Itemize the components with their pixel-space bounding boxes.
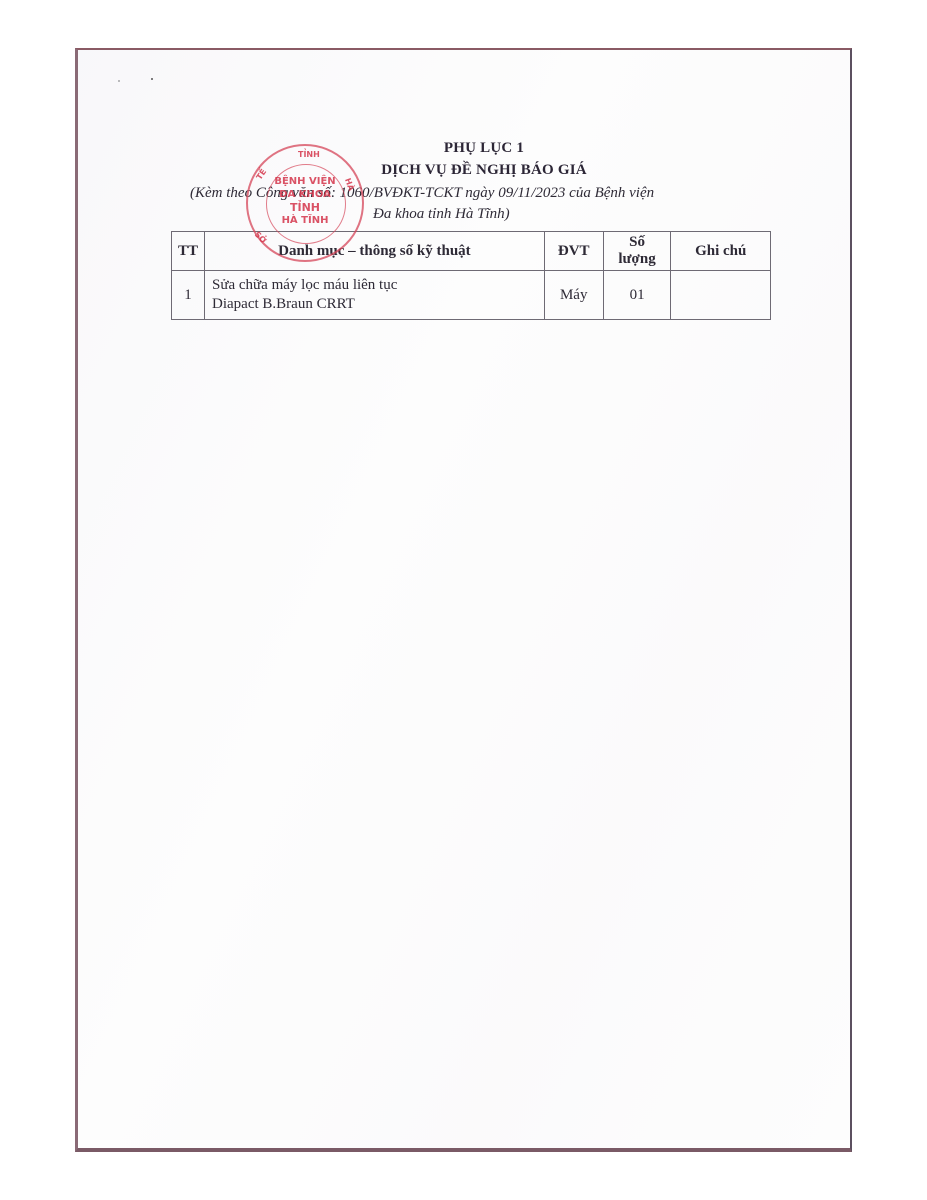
scanned-page: PHỤ LỤC 1 DỊCH VỤ ĐỀ NGHỊ BÁO GIÁ (Kèm t… (75, 48, 852, 1152)
scan-speck (151, 78, 153, 80)
seal-center-line: ĐA KHOA (248, 189, 362, 201)
seal-center-line: HÀ TĨNH (248, 215, 362, 227)
document-subtitle-line2: Đa khoa tỉnh Hà Tĩnh) (373, 206, 510, 223)
header-quantity-line1: Số (610, 234, 665, 251)
seal-center-line: TỈNH (248, 202, 362, 214)
table-row: 1 Sửa chữa máy lọc máu liên tục Diapact … (172, 271, 771, 320)
header-tt: TT (172, 232, 205, 271)
seal-center-line: BỆNH VIỆN (248, 176, 362, 188)
header-quantity: Số lượng (603, 232, 671, 271)
official-seal-stamp: TỈNH TẾ HÀ SỞ BỆNH VIỆN ĐA KHOA TỈNH HÀ … (246, 144, 364, 262)
document-title: DỊCH VỤ ĐỀ NGHỊ BÁO GIÁ (98, 162, 870, 179)
header-unit: ĐVT (544, 232, 603, 271)
cell-item-spec-line1: Sửa chữa máy lọc máu liên tục (212, 276, 538, 295)
cell-note (671, 271, 771, 320)
cell-item-spec-line2: Diapact B.Braun CRRT (212, 295, 538, 314)
scan-speck (118, 80, 120, 82)
cell-unit: Máy (544, 271, 603, 320)
header-quantity-line2: lượng (610, 251, 665, 268)
appendix-title: PHỤ LỤC 1 (98, 140, 870, 157)
cell-quantity: 01 (603, 271, 671, 320)
cell-tt: 1 (172, 271, 205, 320)
seal-ring-text-top: TỈNH (298, 150, 320, 159)
header-note: Ghi chú (671, 232, 771, 271)
cell-item-spec: Sửa chữa máy lọc máu liên tục Diapact B.… (205, 271, 545, 320)
